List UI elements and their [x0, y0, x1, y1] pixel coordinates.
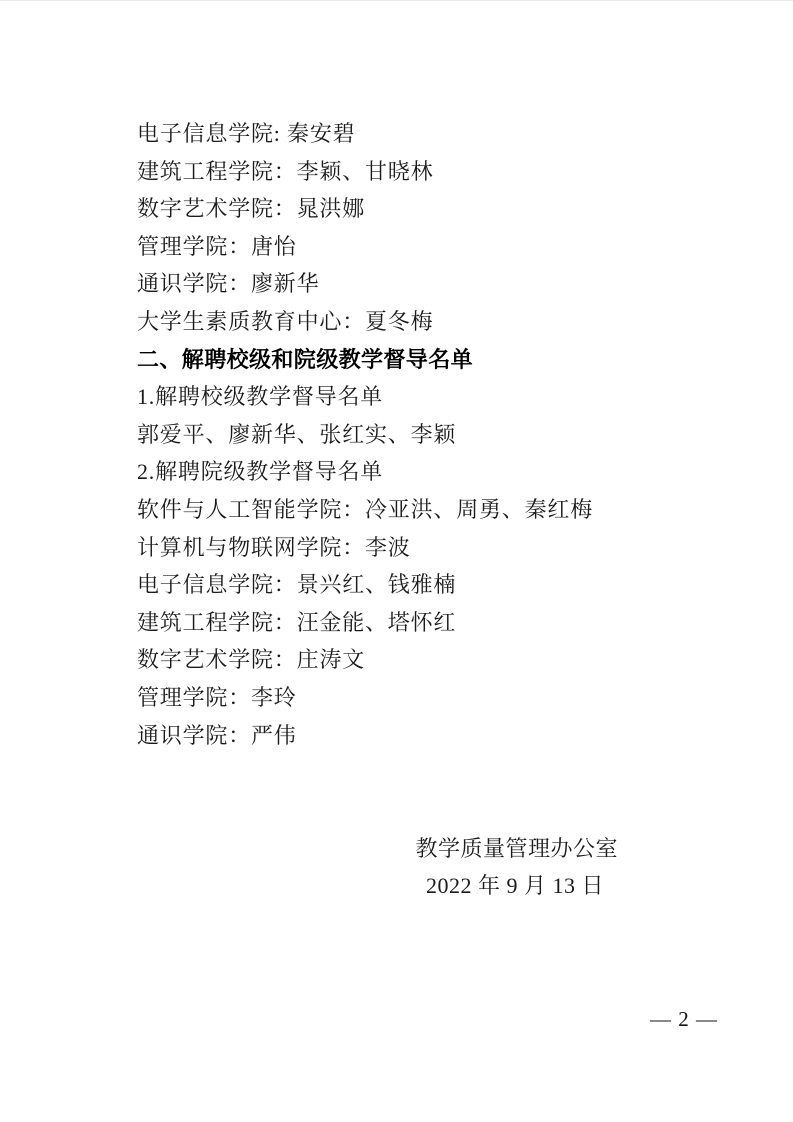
- document-body: 电子信息学院: 秦安碧 建筑工程学院：李颖、甘晓林 数字艺术学院：晁洪娜 管理学…: [137, 115, 737, 754]
- document-page: 电子信息学院: 秦安碧 建筑工程学院：李颖、甘晓林 数字艺术学院：晁洪娜 管理学…: [0, 0, 793, 1122]
- dept-appointment-line: 电子信息学院: 秦安碧: [137, 115, 737, 153]
- section-two-heading: 二、解聘校级和院级教学督导名单: [137, 341, 737, 379]
- dept-appointment-line: 数字艺术学院：晁洪娜: [137, 190, 737, 228]
- dept-appointment-line: 建筑工程学院：李颖、甘晓林: [137, 153, 737, 191]
- signature-date: 2022 年 9 月 13 日: [426, 869, 604, 900]
- dept-dismissal-line: 电子信息学院：景兴红、钱雅楠: [137, 566, 737, 604]
- dept-dismissal-line: 管理学院：李玲: [137, 679, 737, 717]
- dept-dismissal-line: 数字艺术学院：庄涛文: [137, 641, 737, 679]
- dept-appointment-line: 大学生素质教育中心：夏冬梅: [137, 303, 737, 341]
- dept-appointment-line: 通识学院：廖新华: [137, 265, 737, 303]
- sub-list-title: 1.解聘校级教学督导名单: [137, 378, 737, 416]
- sub-list-title: 2.解聘院级教学督导名单: [137, 453, 737, 491]
- dept-dismissal-line: 计算机与物联网学院：李波: [137, 529, 737, 567]
- signature-office: 教学质量管理办公室: [415, 832, 618, 863]
- dept-dismissal-line: 软件与人工智能学院：冷亚洪、周勇、秦红梅: [137, 491, 737, 529]
- dept-dismissal-line: 通识学院：严伟: [137, 717, 737, 755]
- dept-appointment-line: 管理学院：唐怡: [137, 228, 737, 266]
- names-line: 郭爱平、廖新华、张红实、李颖: [137, 416, 737, 454]
- dept-dismissal-line: 建筑工程学院：汪金能、塔怀红: [137, 604, 737, 642]
- page-number: — 2 —: [650, 1007, 718, 1032]
